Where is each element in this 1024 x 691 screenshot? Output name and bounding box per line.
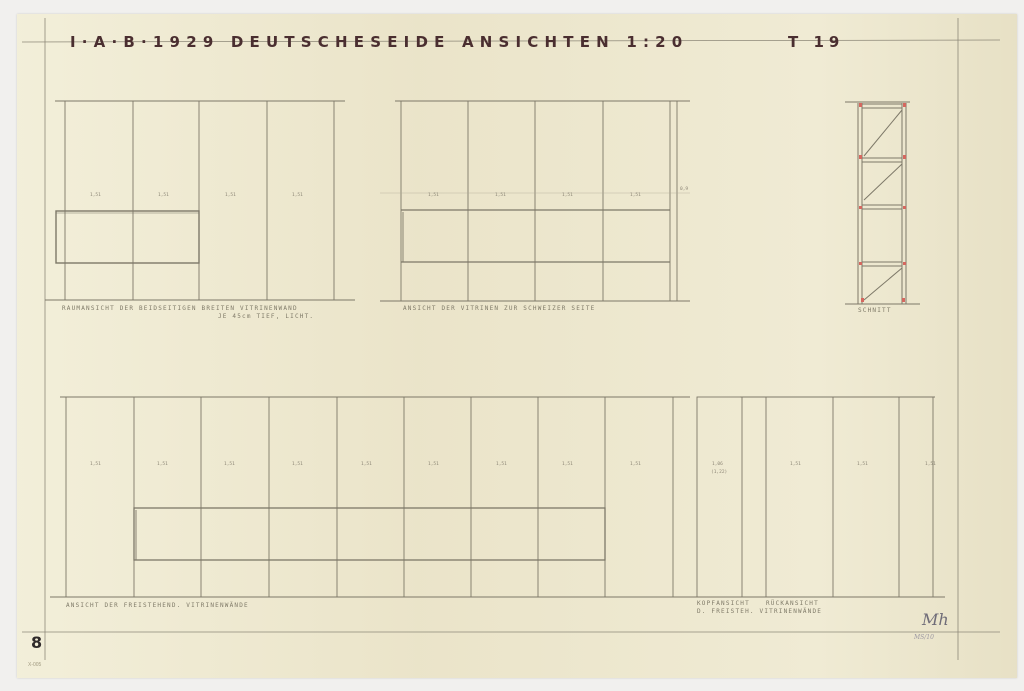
caption-view-1-sub: JE 45cm TIEF, LICHT. (218, 313, 314, 320)
svg-text:1,51: 1,51 (428, 461, 439, 467)
svg-text:1,51: 1,51 (925, 461, 936, 467)
svg-text:1,51: 1,51 (630, 461, 641, 467)
svg-text:1,51: 1,51 (292, 192, 303, 198)
svg-text:1,51: 1,51 (90, 461, 101, 467)
svg-text:1,51: 1,51 (495, 192, 506, 198)
caption-view-3: ANSICHT DER FREISTEHEND. VITRINENWÄNDE (66, 602, 249, 609)
caption-view-4: KOPFANSICHT (697, 600, 750, 607)
svg-text:1,51: 1,51 (292, 461, 303, 467)
svg-text:1,51: 1,51 (90, 192, 101, 198)
drawing-title: I·A·B·1929 DEUTSCHESEIDE ANSICHTEN 1:20 (70, 33, 688, 51)
svg-text:0,9: 0,9 (680, 186, 688, 192)
svg-text:1,51: 1,51 (496, 461, 507, 467)
svg-text:1,51: 1,51 (157, 461, 168, 467)
caption-section: SCHNITT (858, 307, 892, 314)
svg-text:1,51: 1,51 (225, 192, 236, 198)
elevation-view-3 (50, 397, 690, 597)
caption-view-1: RAUMANSICHT DER BEIDSEITIGEN BREITEN VIT… (62, 305, 298, 312)
svg-text:1,51: 1,51 (857, 461, 868, 467)
svg-text:1,51: 1,51 (562, 461, 573, 467)
svg-text:1,51: 1,51 (361, 461, 372, 467)
elevation-view-1 (45, 101, 355, 300)
technical-drawing: 1,511,511,511,51 1,511,511,511,51 1,511,… (0, 0, 1024, 691)
svg-text:1,51: 1,51 (428, 192, 439, 198)
elevation-view-4-5 (680, 397, 945, 597)
inventory-number: MS/10 (914, 634, 934, 641)
elevation-view-2 (380, 101, 690, 301)
architect-signature: Mh (922, 610, 949, 629)
svg-text:1,06: 1,06 (712, 461, 723, 467)
caption-view-4-sub: D. FREISTEH. VITRINENWÄNDE (697, 608, 822, 615)
dimension-labels: 1,511,511,511,51 1,511,511,511,51 1,511,… (90, 186, 936, 475)
svg-text:1,51: 1,51 (630, 192, 641, 198)
caption-view-5: RÜCKANSICHT (766, 600, 819, 607)
section-view (845, 102, 920, 304)
archive-stamp: X-005 (28, 662, 41, 668)
svg-text:1,51: 1,51 (790, 461, 801, 467)
svg-text:1,51: 1,51 (158, 192, 169, 198)
caption-view-2: ANSICHT DER VITRINEN ZUR SCHWEIZER SEITE (403, 305, 596, 312)
svg-text:1,51: 1,51 (562, 192, 573, 198)
page-number: 8 (31, 633, 42, 652)
svg-text:(1,22): (1,22) (711, 469, 727, 475)
svg-text:1,51: 1,51 (224, 461, 235, 467)
sheet-number: T 19 (788, 33, 844, 51)
